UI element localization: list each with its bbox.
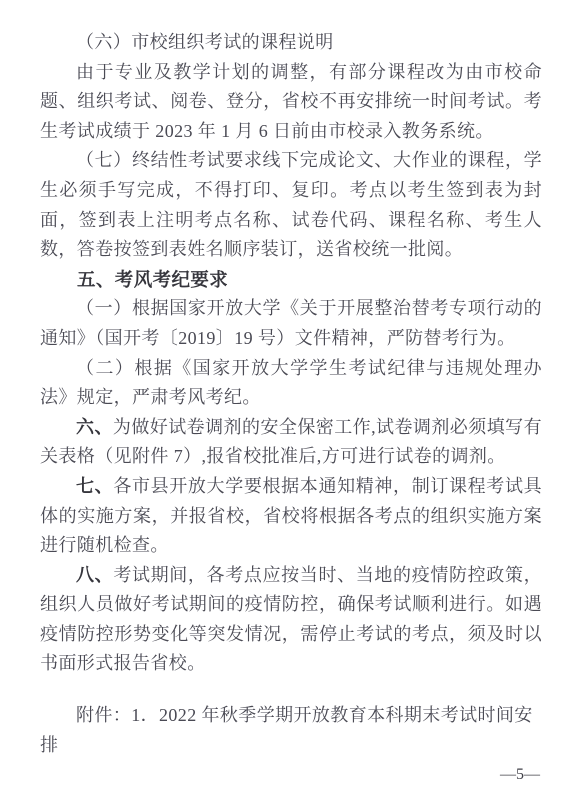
paragraph-section-6: 六、为做好试卷调剂的安全保密工作,试卷调剂必须填写有关表格（见附件 7）,报省校… bbox=[40, 413, 542, 472]
section-7-number: 七、 bbox=[76, 476, 113, 496]
subsection-6-title: （六）市校组织考试的课程说明 bbox=[40, 28, 542, 58]
attachment-list-item: 附件：1．2022 年秋季学期开放教育本科期末考试时间安排 bbox=[40, 701, 542, 760]
section-6-text: 为做好试卷调剂的安全保密工作,试卷调剂必须填写有关表格（见附件 7）,报省校批准… bbox=[40, 417, 542, 467]
paragraph-discipline-rules: （二）根据《国家开放大学学生考试纪律与违规处理办法》规定，严肃考风考纪。 bbox=[40, 354, 542, 413]
section-8-number: 八、 bbox=[76, 565, 113, 585]
document-body: （六）市校组织考试的课程说明 由于专业及教学计划的调整，有部分课程改为由市校命题… bbox=[40, 28, 542, 760]
section-5-heading: 五、考风考纪要求 bbox=[40, 265, 542, 295]
paragraph-handwritten-requirement: （七）终结性考试要求线下完成论文、大作业的课程，学生必须手写完成，不得打印、复印… bbox=[40, 146, 542, 264]
document-page: （六）市校组织考试的课程说明 由于专业及教学计划的调整，有部分课程改为由市校命题… bbox=[0, 0, 580, 811]
paragraph-anti-surrogate-exam: （一）根据国家开放大学《关于开展整治替考专项行动的通知》（国开考〔2019〕19… bbox=[40, 294, 542, 353]
section-8-text: 考试期间，各考点应按当时、当地的疫情防控政策，组织人员做好考试期间的疫情防控，确… bbox=[40, 565, 542, 674]
page-number: —5— bbox=[500, 766, 540, 784]
section-7-text: 各市县开放大学要根据本通知精神，制订课程考试具体的实施方案，并报省校，省校将根据… bbox=[40, 476, 542, 555]
paragraph-section-8: 八、考试期间，各考点应按当时、当地的疫情防控政策，组织人员做好考试期间的疫情防控… bbox=[40, 561, 542, 679]
paragraph-section-7: 七、各市县开放大学要根据本通知精神，制订课程考试具体的实施方案，并报省校，省校将… bbox=[40, 472, 542, 561]
section-6-number: 六、 bbox=[76, 417, 113, 437]
paragraph-course-adjustment: 由于专业及教学计划的调整，有部分课程改为由市校命题、组织考试、阅卷、登分，省校不… bbox=[40, 58, 542, 147]
